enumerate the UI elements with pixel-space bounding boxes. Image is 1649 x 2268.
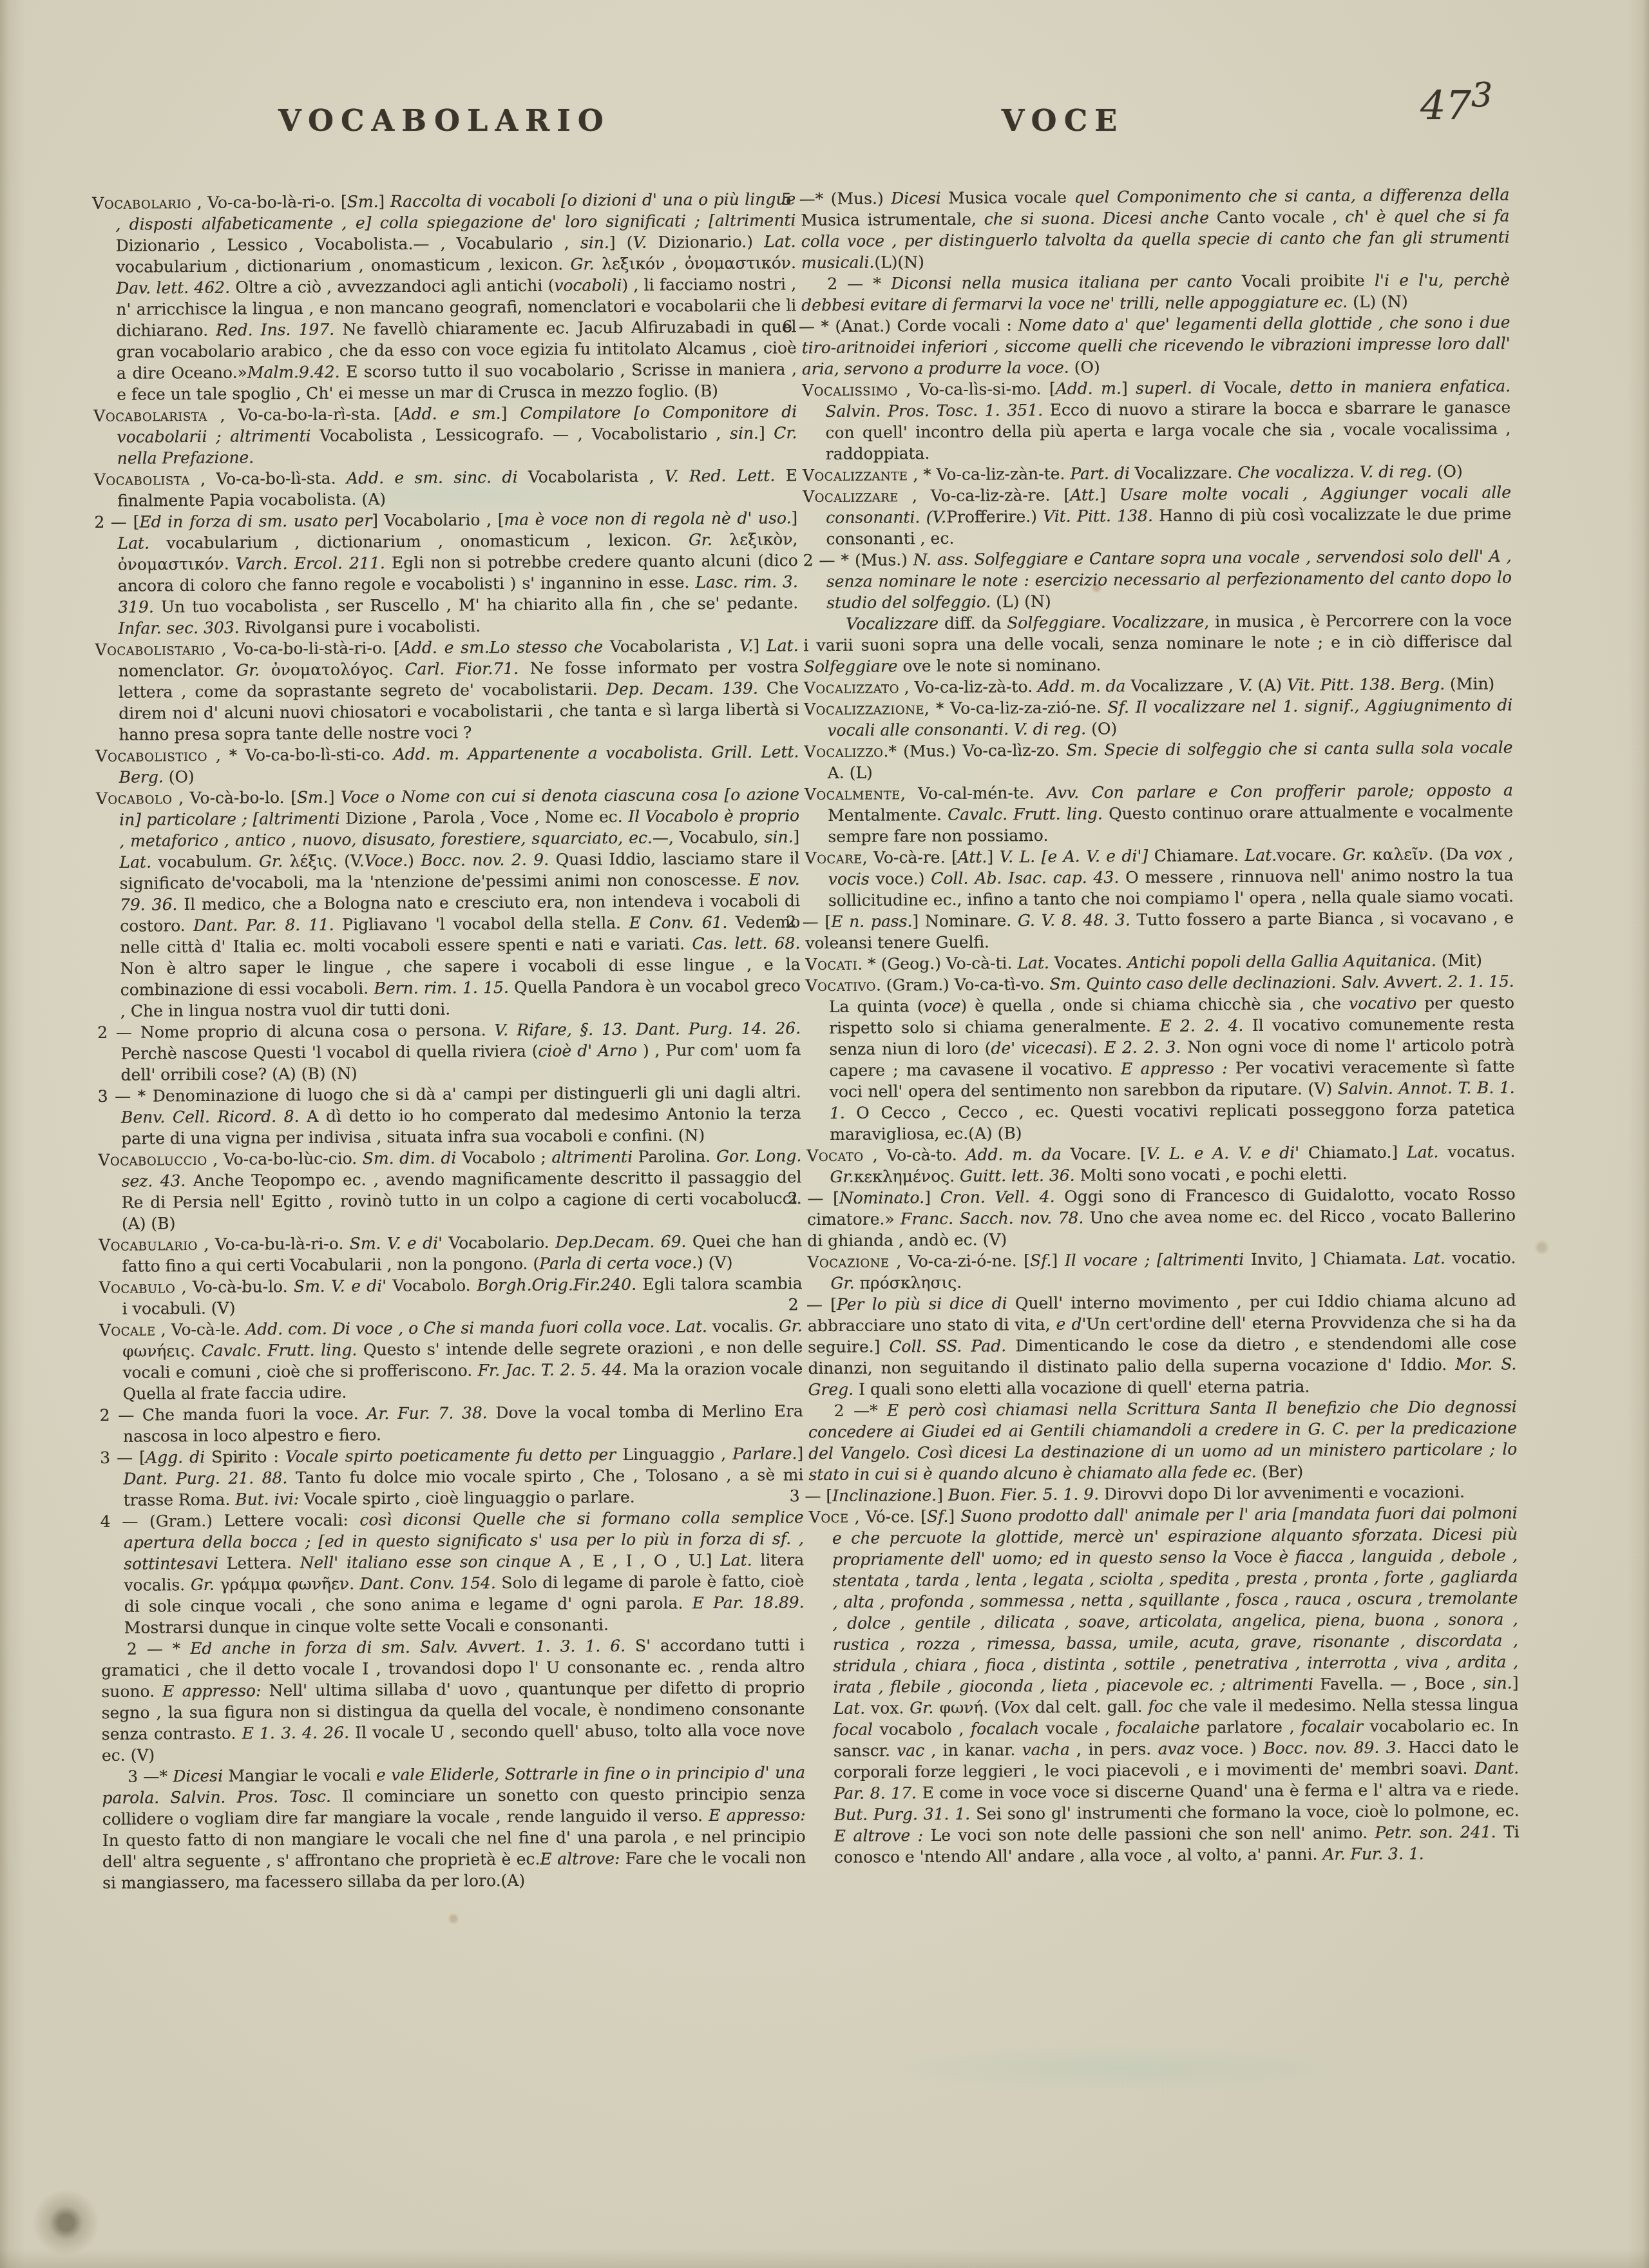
text-run: .* (Mus.) Vo-ca-lìz-zo.	[883, 741, 1066, 761]
sense-vocale-4: 4 — (Gram.) Lettere vocali: così diconsi…	[100, 1506, 805, 1639]
text-run: ) (V)	[697, 1253, 732, 1272]
entry-vocabolistario: Vocabolistario , Vo-ca-bo-li-stà-ri-o. […	[95, 635, 799, 745]
text-run: , Vo-ca-bo-là-ri-o. [	[191, 193, 347, 212]
entry-vocabolo: Vocabolo , Vo-cà-bo-lo. [Sm.] Voce o Nom…	[96, 783, 801, 1022]
text-run: , Vo-ca-bu-là-ri-o.	[198, 1235, 350, 1254]
text-run: e d'	[1056, 1315, 1086, 1334]
text-run: Sm.	[347, 192, 379, 211]
headword: Vocativo	[806, 976, 876, 995]
text-run: altrimenti	[551, 1148, 638, 1167]
text-run: 2 — [	[788, 1295, 837, 1314]
text-run: ,	[1502, 844, 1514, 863]
text-run: V.	[739, 637, 754, 655]
text-run: —, Vocabulo,	[653, 828, 765, 847]
text-run: E Par. 18.89.	[692, 1593, 805, 1612]
text-run: Sm. Quinto caso delle declinazioni. Salv…	[1049, 972, 1514, 993]
entry-vocalizzazione: Vocalizzazione, * Vo-ca-liz-za-zió-ne. S…	[804, 694, 1512, 741]
text-run: focalair	[1301, 1717, 1363, 1736]
text-run: , Vo-ca-zi-ó-ne. [	[890, 1251, 1030, 1271]
text-run: Vocates.	[1049, 953, 1127, 972]
headword: Vocale	[99, 1320, 156, 1340]
headword: Vocabolario	[92, 193, 191, 213]
text-run: λέξις. (V.	[283, 851, 365, 870]
text-run: 2 — *	[827, 274, 891, 293]
text-run: vocabulum.	[151, 852, 259, 871]
text-run: sin.	[1483, 1674, 1512, 1693]
text-run: (L) (N)	[1348, 292, 1408, 311]
text-run: Vocabolo ;	[462, 1148, 552, 1168]
entry-vocalizzo: Vocalizzo.* (Mus.) Vo-ca-lìz-zo. Sm. Spe…	[804, 736, 1512, 783]
text-run: Fr. Jac. T. 2. 5. 44.	[478, 1360, 627, 1379]
text-run: 3 — [	[789, 1486, 832, 1505]
text-run: Coll. SS. Pad.	[889, 1336, 1006, 1356]
text-run: V.	[633, 233, 647, 252]
text-run: Oltre a ciò , avvezzandoci agli antichi …	[230, 276, 554, 297]
note-vocalizzare-diff: Vocalizzare diff. da Solfeggiare. Vocali…	[803, 609, 1512, 677]
text-run: , Vo-cal-mén-te.	[901, 783, 1047, 803]
text-run: φωνήεις.	[122, 1341, 202, 1361]
text-run: Vocabolo.	[392, 1276, 477, 1295]
text-run: Lat.	[1017, 954, 1049, 972]
text-run: Sm.	[297, 788, 329, 807]
text-run: ]	[501, 404, 520, 423]
entry-vocabolarista: Vocabolarista , Vo-ca-bo-la-rì-sta. [Add…	[93, 401, 797, 469]
text-run: Sm. dim. di	[363, 1148, 462, 1168]
text-run: Musica istrumentale,	[801, 209, 984, 229]
dictionary-page-scan: VOCABOLARIO VOCE 473 Vocabolario , Vo-ca…	[0, 0, 1649, 2268]
text-run: Sf.	[927, 1507, 949, 1526]
text-run: Nell' italiano esse son cinque	[300, 1552, 560, 1572]
text-run: ] Vocabolario , [	[372, 510, 504, 530]
text-run: But. Purg. 31. 1.	[834, 1805, 971, 1824]
text-run: A. (L)	[828, 764, 873, 782]
text-run: Vocabolario.	[448, 1233, 555, 1253]
headword: Vocabulario	[99, 1235, 198, 1254]
text-run: , Vó-ce. [	[848, 1507, 927, 1526]
text-run: ]	[1121, 379, 1136, 398]
text-run: Vocabolarista ,	[528, 467, 665, 486]
text-run: Cron. Vell. 4.	[940, 1187, 1055, 1207]
sense-vocare-2: 2 — [E n. pass.] Nominare. G. V. 8. 48. …	[805, 907, 1514, 954]
text-run: Bocc. nov. 89. 3.	[1263, 1738, 1401, 1758]
text-run: Sm. Specie di solfeggio che si canta sul…	[1066, 738, 1513, 759]
entry-vocabolistico: Vocabolistico , * Vo-ca-bo-lì-sti-co. Ad…	[95, 741, 799, 788]
sense-vocale-4-3: 3 —* Dicesi Mangiar le vocali e vale Eli…	[102, 1762, 806, 1894]
text-run: ]	[1100, 485, 1120, 504]
text-run: Vox	[1000, 1698, 1029, 1716]
text-run: E però così chiamasi nella Scrittura San…	[808, 1397, 1517, 1484]
text-run: ]	[753, 637, 767, 655]
text-run: . (Gram.) Vo-ca-tì-vo.	[876, 975, 1050, 995]
text-run: vocabolo ,	[873, 1720, 971, 1739]
entry-vocale: Vocale , Vo-cà-le. Add. com. Di voce , o…	[99, 1315, 803, 1405]
headword: Vocabolistario	[95, 640, 214, 659]
text-run: Lettera.	[227, 1553, 300, 1573]
text-run: Gr.	[910, 1698, 933, 1717]
text-run: E 2. 2. 4.	[1159, 1016, 1243, 1035]
text-run: Antichi popoli della Gallia Aquitanica.	[1127, 951, 1436, 972]
text-run: Cavalc. Frutt. ling.	[948, 804, 1103, 823]
text-run: ).	[1086, 1038, 1104, 1057]
text-run: Mentalmente.	[828, 805, 948, 825]
text-run: Musica vocale	[948, 188, 1074, 207]
text-run: Vocali proibite	[1242, 271, 1375, 291]
text-run: Perchè nascose Questi 'l vocabol di quel…	[120, 1042, 538, 1063]
text-run: Dant. Purg. 21. 88.	[123, 1468, 287, 1488]
text-run: , in kanar.	[924, 1740, 1022, 1760]
text-run: Add. e sm.	[400, 404, 501, 423]
headword: Vocare	[805, 849, 862, 868]
text-run: Parolina.	[638, 1147, 716, 1166]
text-run: Linguaggio ,	[622, 1445, 732, 1464]
text-run: Ed anche in forza di sm. Salv. Avvert. 1…	[190, 1637, 625, 1658]
text-run: Dav. lett. 462.	[116, 278, 230, 298]
entry-vocativo: Vocativo. (Gram.) Vo-ca-tì-vo. Sm. Quint…	[806, 970, 1516, 1145]
entry-vocalmente: Vocalmente, Vo-cal-mén-te. Avv. Con parl…	[805, 779, 1514, 847]
text-run: Anche Teopompo ec. , avendo magnificamen…	[122, 1168, 802, 1233]
text-run: καλεῖν. (Da	[1366, 845, 1474, 864]
text-run: Buon. Fier. 5. 1. 9.	[948, 1485, 1099, 1504]
text-run: Profferire.)	[946, 507, 1043, 526]
text-run: sin.	[765, 827, 794, 846]
headword: Vocato	[806, 1146, 864, 1166]
text-run: vacha	[1022, 1740, 1070, 1759]
text-run: 6 — * (Anat.) Corde vocali :	[782, 316, 1018, 336]
headword: Vocaboluccio	[98, 1150, 207, 1169]
text-run: (A)	[1253, 676, 1288, 695]
text-run: Favella. — , Boce ,	[1320, 1674, 1483, 1694]
text-run: Add. m. da	[966, 1145, 1070, 1164]
text-run: parlatore ,	[1200, 1718, 1302, 1737]
text-run: Dicesi	[891, 189, 948, 208]
entry-vocaboluccio: Vocaboluccio , Vo-ca-bo-lùc-cio. Sm. dim…	[98, 1145, 802, 1235]
headword: Vocabulo	[99, 1278, 175, 1297]
text-run: ]	[924, 1188, 940, 1207]
text-run: Ar. Fur. 7. 38.	[367, 1403, 488, 1423]
text-run: Lat.	[720, 1551, 752, 1570]
entry-vocalissimo: Vocalissimo , Vo-ca-lìs-si-mo. [Add. m.]…	[802, 375, 1511, 465]
text-run: Att.	[958, 847, 987, 866]
text-run: Franc. Sacch. nov. 78.	[901, 1209, 1084, 1229]
text-run: φωνή. (	[933, 1698, 1000, 1717]
headword: Vocabolista	[94, 470, 190, 489]
text-run: O Cecco , Cecco , ec. Questi vocativi re…	[830, 1099, 1515, 1143]
text-run: sin.	[580, 233, 609, 252]
text-run: I quali sono eletti alla vocazione di qu…	[853, 1377, 1310, 1398]
text-run: , * Vo-ca-bo-lì-sti-co.	[207, 745, 394, 765]
entry-voce: Voce , Vó-ce. [Sf.] Suono prodotto dall'…	[809, 1502, 1520, 1868]
text-run: Dirovvi dopo Di lor avvenimenti e vocazi…	[1099, 1483, 1465, 1503]
text-run: Vocabolista , Lessicografo. — , Vocaboli…	[319, 424, 730, 445]
text-run: , Vo-ca-bo-li-stà-ri-o. [	[214, 639, 400, 658]
text-run: Add. m.	[1056, 379, 1121, 398]
text-run: voce	[923, 997, 960, 1015]
text-run: vocabularium , dictionarium , onomasticu…	[149, 530, 689, 552]
sense-vocale-6: 6 — * (Anat.) Corde vocali : Nome dato a…	[801, 311, 1511, 380]
text-run: vox	[1474, 845, 1502, 863]
text-run: vac	[897, 1741, 924, 1760]
text-run: , Vo-ca-bo-lùc-cio.	[207, 1149, 363, 1168]
text-run: diff. da	[939, 613, 1007, 633]
text-run: (Min)	[1445, 675, 1494, 693]
text-run: Che vocalizza. V. di reg.	[1237, 462, 1432, 482]
text-run: Dizionario , Lessico , Vocabolista.— , V…	[116, 233, 580, 255]
text-run: Vocalizzare	[846, 614, 939, 633]
text-run: vocaboli	[554, 276, 622, 295]
text-run: E appresso:	[162, 1681, 261, 1700]
entry-vocabolario: Vocabolario , Vo-ca-bo-là-ri-o. [Sm.] Ra…	[92, 188, 797, 405]
sense-vocale-5-2: 2 — * Diconsi nella musica italiana per …	[801, 269, 1510, 316]
text-run: E 2. 2. 3.	[1104, 1038, 1181, 1057]
entry-vocazione: Vocazione , Vo-ca-zi-ó-ne. [Sf.] Il voca…	[807, 1247, 1516, 1294]
headword: Vocabolarista	[93, 406, 207, 425]
text-run: vocabularium , dictionarium , onomasticu…	[116, 255, 571, 276]
text-run: Spirito :	[211, 1447, 285, 1466]
text-run: Vocale spirto , cioè linguaggio o parlar…	[299, 1488, 635, 1508]
text-run: ]	[791, 508, 797, 527]
text-run: foc	[1148, 1697, 1172, 1716]
text-run: ]	[987, 847, 999, 866]
text-run: Infar. sec. 303.	[118, 619, 240, 638]
headword: Vocalissimo	[802, 380, 898, 399]
text-run: Benv. Cell. Ricord. 8.	[121, 1107, 300, 1127]
right-column: 5 —* (Mus.) Dicesi Musica vocale quel Co…	[801, 184, 1520, 1868]
text-run: (O)	[1086, 719, 1117, 738]
text-run: Gr.	[689, 530, 712, 549]
text-run: .)	[403, 851, 421, 870]
text-run: Ed in forza di sm. usato per	[139, 511, 372, 531]
text-run: Le voci son note delle passioni che son …	[923, 1823, 1375, 1845]
text-run: E altrove:	[540, 1849, 620, 1869]
text-run: V. L. [e A. V. e di']	[1000, 847, 1154, 866]
text-run: Carl. Fior.71.	[405, 659, 519, 678]
text-run: dal celt. gall.	[1029, 1697, 1149, 1716]
headword: Vocalizzazione	[804, 699, 924, 718]
text-run: Add. e sm.Lo stesso che	[400, 637, 610, 657]
text-run: nomenclator.	[119, 661, 236, 680]
text-run: Lat.	[1244, 846, 1277, 865]
text-run: (O)	[164, 767, 195, 786]
text-run: Dep.Decam. 69.	[555, 1232, 687, 1251]
text-run: Chiamato.]	[1308, 1142, 1407, 1162]
text-run: Bocc. nov. 2. 9.	[421, 850, 549, 870]
text-run: E Conv. 61.	[629, 913, 728, 932]
text-run: V.	[1239, 676, 1253, 695]
text-run: ]	[793, 827, 799, 846]
text-run: , Vo-cà-bu-lo.	[175, 1277, 294, 1296]
text-run: 2 — * (Mus.)	[803, 550, 913, 570]
text-run: But. ivi:	[235, 1490, 299, 1509]
text-run: vocale ,	[1039, 1718, 1117, 1738]
text-run: , Vo-cà-to.	[864, 1146, 966, 1165]
sense-vocabolo-2: 2 — Nome proprio di alcuna cosa o person…	[97, 1017, 801, 1086]
text-run: Parla di certa voce.	[539, 1253, 697, 1273]
sense-vocazione-2-2: 2 —* E però così chiamasi nella Scrittur…	[808, 1396, 1518, 1485]
text-run: vocatus.	[1438, 1142, 1515, 1161]
text-run: 3 — [	[100, 1448, 146, 1466]
text-run: Petr. son. 241.	[1375, 1823, 1496, 1842]
sense-vocale-4-2: 2 — * Ed anche in forza di sm. Salv. Avv…	[101, 1634, 805, 1766]
sense-vocalizzare-2: 2 — * (Mus.) N. ass. Solfeggiare e Canta…	[803, 545, 1512, 613]
text-run: λεξικόν , ὀνομαστικόν.	[595, 253, 796, 273]
text-run: , Vo-ca-liz-zà-re. [	[899, 486, 1071, 506]
text-run: , Vo-ca-liz-zà-to.	[899, 677, 1038, 697]
text-run: Solfeggiare. Vocalizzare	[1007, 612, 1205, 632]
text-run: Rivolgansi pure i vocabolisti.	[240, 617, 481, 637]
headword: Voce	[809, 1508, 849, 1526]
text-run: (L) (N)	[991, 592, 1051, 611]
text-run: , Vo-ca-lìs-si-mo. [	[898, 380, 1056, 399]
text-run: Vocalizzare.	[1135, 463, 1238, 483]
text-run: Sm. V. e di'	[350, 1234, 449, 1253]
text-run: voce. )	[1195, 1739, 1264, 1758]
text-run: Gr.	[570, 255, 594, 273]
text-run: N. ass. Solfeggiare e Cantare sopra una …	[826, 546, 1512, 611]
text-run: Voce	[1234, 1548, 1279, 1566]
text-run: Sei sono gl' instrumenti che formano la …	[970, 1801, 1520, 1823]
text-run: Vit. Pitt. 138.	[1043, 506, 1153, 526]
text-run: Borgh.Orig.Fir.240.	[477, 1275, 636, 1295]
sense-vocato-2: 2 — [Nominato.] Cron. Vell. 4. Oggi sono…	[807, 1183, 1516, 1251]
text-run: 2 — [	[786, 912, 831, 931]
text-run: Dizionario.)	[647, 233, 764, 252]
text-run: 2 — Nome proprio di alcuna cosa o person…	[97, 1021, 495, 1042]
entry-vocabulo: Vocabulo , Vo-cà-bu-lo. Sm. V. e di' Voc…	[99, 1273, 802, 1320]
text-run: Mostrarsi dunque in cinque volte sette V…	[124, 1615, 609, 1637]
text-run: Sm. V. e di'	[294, 1276, 393, 1296]
text-run: Inclinazione.	[832, 1486, 937, 1505]
entry-vocare: Vocare, Vo-cà-re. [Att.] V. L. [e A. V. …	[805, 843, 1514, 911]
sense-vocazione-2: 2 — [Per lo più si dice di Quell' intern…	[808, 1289, 1517, 1400]
text-run: che vale il medesimo. Nella stessa lingu…	[1173, 1695, 1519, 1715]
headword: Vocabolistico	[95, 746, 207, 765]
text-run: Lat.	[1407, 1142, 1439, 1161]
text-run: , Vo-cà-le.	[156, 1320, 246, 1340]
text-run: Per lo più si dice di	[837, 1294, 1015, 1314]
text-run: (L)(N)	[874, 253, 924, 271]
text-run: Att.	[1070, 485, 1100, 504]
text-run: Agg. di	[146, 1448, 211, 1467]
text-run: vocis	[828, 870, 870, 889]
entry-vocabulario: Vocabulario , Vo-ca-bu-là-ri-o. Sm. V. e…	[99, 1230, 802, 1277]
text-run: E appresso :	[1121, 1059, 1228, 1078]
text-run: ove le note si nominano.	[898, 655, 1101, 675]
headword: Vocati	[805, 955, 857, 974]
text-run: Diconsi nella musica italiana per canto	[891, 272, 1242, 293]
text-run: Malm.9.42.	[247, 363, 340, 382]
text-run: 2 — [	[788, 1189, 839, 1207]
text-run: Chiamare.	[1154, 846, 1245, 865]
text-run: (Ber)	[1257, 1462, 1304, 1481]
text-run: Gr.	[236, 660, 260, 679]
text-run: ] Nominare.	[912, 911, 1018, 930]
text-run: ]	[1051, 1251, 1065, 1270]
text-run: Part. di	[1070, 464, 1135, 483]
text-run: Guitt. lett. 36.	[960, 1166, 1075, 1186]
sense-vocale-5: 5 —* (Mus.) Dicesi Musica vocale quel Co…	[801, 184, 1510, 273]
text-run: E altrove :	[834, 1826, 924, 1845]
text-run: A , E , I , O , U.]	[559, 1551, 720, 1571]
entry-vocalizzare: Vocalizzare , Vo-ca-liz-zà-re. [Att.] Us…	[803, 481, 1512, 550]
text-run: Red. Ins. 197.	[216, 320, 334, 340]
text-run: focalach	[971, 1719, 1039, 1738]
text-run: E n. pass.	[831, 912, 912, 931]
text-run: Gr.	[779, 1316, 803, 1335]
text-run: ]	[759, 423, 774, 442]
text-run: Dizione , Parola , Voce , Nome ec.	[345, 807, 628, 828]
text-run: Vocabolarista ,	[610, 637, 739, 656]
text-run: Chiamata.	[1323, 1249, 1413, 1268]
text-run: V. L. e A. V. e di'	[1147, 1143, 1309, 1163]
text-run: Vocalizzare ,	[1130, 676, 1239, 695]
text-run: Lat.	[1413, 1249, 1445, 1267]
text-run: V. Rifare, §. 13. Dant. Purg. 14. 26.	[494, 1019, 801, 1039]
headword: Vocalizzante	[803, 465, 908, 485]
text-run: Lat.	[119, 852, 151, 871]
text-run: Parlare.	[732, 1444, 797, 1463]
text-run: 4 — (Gram.) Lettere vocali:	[100, 1510, 360, 1530]
left-column: Vocabolario , Vo-ca-bo-là-ri-o. [Sm.] Ra…	[92, 188, 806, 1894]
text-run: Mangiar le vocali	[228, 1765, 376, 1785]
text-run: (O)	[1432, 462, 1463, 481]
headword: Vocazione	[807, 1252, 890, 1271]
entry-vocato: Vocato , Vo-cà-to. Add. m. da Vocare. [V…	[806, 1140, 1515, 1187]
text-run: Add. com. Di voce , o Che si manda fuori…	[245, 1317, 707, 1338]
text-run: Lat.	[834, 1699, 866, 1718]
text-run: 2 — [	[94, 512, 139, 531]
headword: Vocalizzato	[804, 678, 899, 697]
headword: Vocalmente	[805, 784, 901, 803]
text-run: ]	[329, 788, 341, 807]
text-run: Dant. Par. 8. 11.	[193, 916, 334, 935]
text-run: (O)	[1069, 358, 1100, 376]
text-run: Vocare. [	[1071, 1144, 1147, 1164]
headword: Vocabolo	[96, 789, 173, 808]
text-run: Voce	[365, 851, 403, 870]
text-run: 3 — * Denominazione di luogo che si dà a…	[98, 1082, 801, 1106]
text-run: Bern. rim. 1. 15.	[374, 978, 509, 997]
text-run: E 1. 3. 4. 26.	[242, 1724, 349, 1743]
text-run: ]	[378, 192, 390, 211]
text-block: Vocabolario , Vo-ca-bo-là-ri-o. [Sm.] Ra…	[0, 0, 1649, 2268]
text-run: Nominato.	[839, 1188, 924, 1207]
text-run: 3 —*	[128, 1767, 173, 1785]
text-run: voce.)	[870, 869, 931, 889]
text-run: 2 — Che manda fuori la voce.	[100, 1404, 367, 1425]
text-run: V. Red. Lett.	[665, 466, 776, 485]
text-run: Lat.	[117, 533, 149, 552]
text-run: Dicesi	[173, 1767, 228, 1786]
text-run: ] (	[609, 233, 633, 252]
text-run: E appresso:	[709, 1805, 806, 1825]
text-run: La quinta (	[829, 997, 924, 1016]
text-run: G. V. 8. 48. 3.	[1018, 910, 1130, 930]
text-run: , Vo-ca-bo-la-rì-sta. [	[207, 405, 400, 425]
text-run: Dant. Conv. 154.	[360, 1573, 496, 1593]
text-run: Pigliavano 'l vocabol della stella.	[334, 914, 629, 934]
text-run: vocare.	[1277, 845, 1342, 865]
text-run: 5 —* (Mus.)	[781, 189, 891, 208]
text-run: quel Componimento che si canta, a differ…	[1074, 185, 1509, 206]
text-run: ma è voce non di regola nè d' uso.	[504, 508, 791, 529]
sense-vocabolista-2: 2 — [Ed in forza di sm. usato per] Vocab…	[94, 507, 798, 639]
text-run: Varch. Ercol. 211.	[236, 553, 385, 573]
text-run: κεκλημένος.	[854, 1167, 960, 1186]
text-run: 2 —*	[834, 1401, 887, 1420]
text-run: Lat.	[767, 636, 799, 655]
text-run: ]	[937, 1486, 948, 1504]
text-run: ]	[797, 1444, 803, 1463]
